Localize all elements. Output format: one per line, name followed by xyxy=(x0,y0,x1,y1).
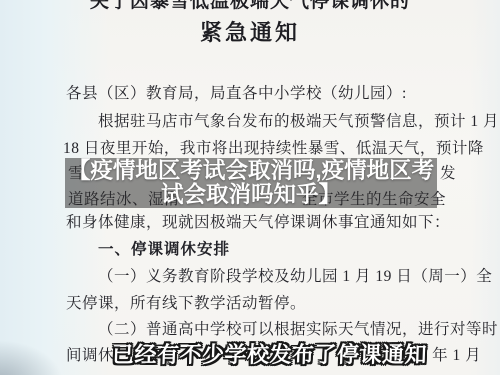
notice-photo: 关于因暴雪低温极端天气停课调休的 紧急通知 各县（区）教育局，局直各中小学校（幼… xyxy=(0,0,500,375)
notice-title-line2: 紧急通知 xyxy=(0,24,500,42)
paragraph1-line5: 和身体健康，现就因极端天气停课调休事宜通知如下： xyxy=(66,214,450,232)
section-heading-1: 一、停课调休安排 xyxy=(98,241,230,259)
item1-line2: 天停课，所有线下教学活动暂停。 xyxy=(66,295,306,313)
paragraph1-line2: 18 日夜里开始，我市将出现持续性暴雪、低温天气，预计降 xyxy=(63,140,484,158)
item1-line1: （一）义务教育阶段学校及幼儿园 1 月 19 日（周一）全 xyxy=(98,268,492,286)
item2-line1: （二）普通高中学校可以根据实际天气情况，进行对等时 xyxy=(98,321,498,339)
salutation-line: 各县（区）教育局，局直各中小学校（幼儿园）: xyxy=(66,85,407,103)
watermark-band: 【疫情地区考试会取消吗,疫情地区考 试会取消吗知乎】 xyxy=(65,158,437,208)
paragraph1-line3-right-fragment: 发 xyxy=(440,165,456,183)
watermark-text-line2: 试会取消吗知乎】 xyxy=(161,183,341,207)
notice-title-line1: 关于因暴雪低温极端天气停课调休的 xyxy=(0,0,500,11)
paragraph1-line1: 根据驻马店市气象台发布的极端天气预警信息，预计 1 月 xyxy=(98,113,499,131)
bottom-caption-text: 已经有不少学校发布了停课通知 xyxy=(111,338,427,369)
watermark-text-line1: 【疫情地区考试会取消吗,疫情地区考 xyxy=(68,159,434,183)
